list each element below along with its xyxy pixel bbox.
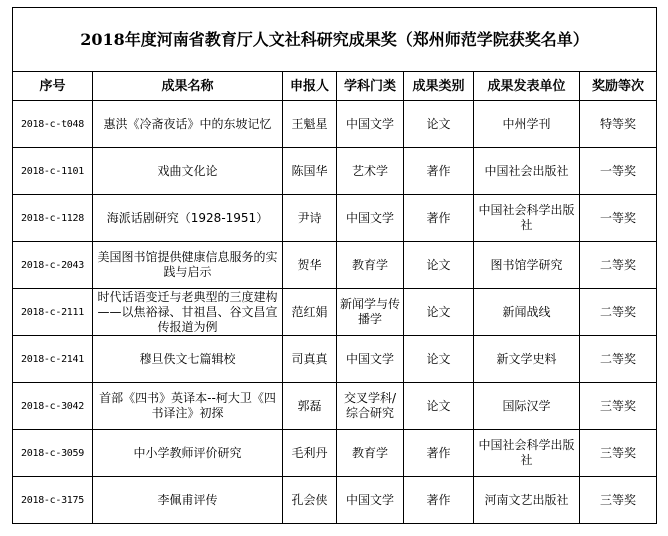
cell-publisher: 新文学史料 (474, 336, 580, 383)
cell-discipline: 教育学 (337, 430, 404, 477)
cell-id: 2018-c-2141 (13, 336, 93, 383)
table-title: 2018年度河南省教育厅人文社科研究成果奖（郑州师范学院获奖名单） (13, 8, 657, 72)
table-row: 2018-c-1128海派话剧研究（1928-1951）尹诗中国文学著作中国社会… (13, 195, 657, 242)
cell-publisher: 河南文艺出版社 (474, 477, 580, 524)
cell-discipline: 中国文学 (337, 195, 404, 242)
cell-id: 2018-c-3175 (13, 477, 93, 524)
cell-name: 美国图书馆提供健康信息服务的实践与启示 (93, 242, 283, 289)
title-row: 2018年度河南省教育厅人文社科研究成果奖（郑州师范学院获奖名单） (13, 8, 657, 72)
cell-name: 穆旦佚文七篇辑校 (93, 336, 283, 383)
cell-publisher: 中国社会科学出版社 (474, 195, 580, 242)
cell-type: 论文 (404, 242, 474, 289)
cell-award: 二等奖 (580, 289, 657, 336)
cell-id: 2018-c-1128 (13, 195, 93, 242)
column-header-award: 奖励等次 (580, 72, 657, 101)
cell-applicant: 孔会侠 (283, 477, 337, 524)
cell-applicant: 范红娟 (283, 289, 337, 336)
table-row: 2018-c-3042首部《四书》英译本--柯大卫《四书译注》初探郭磊交叉学科/… (13, 383, 657, 430)
cell-id: 2018-c-3042 (13, 383, 93, 430)
cell-award: 三等奖 (580, 383, 657, 430)
cell-type: 著作 (404, 148, 474, 195)
cell-name: 首部《四书》英译本--柯大卫《四书译注》初探 (93, 383, 283, 430)
cell-name: 时代话语变迁与老典型的三度建构 ——以焦裕禄、甘祖昌、谷文昌宣传报道为例 (93, 289, 283, 336)
table-row: 2018-c-2141穆旦佚文七篇辑校司真真中国文学论文新文学史料二等奖 (13, 336, 657, 383)
cell-id: 2018-c-2111 (13, 289, 93, 336)
cell-name: 中小学教师评价研究 (93, 430, 283, 477)
cell-type: 论文 (404, 383, 474, 430)
table-row: 2018-c-1101戏曲文化论陈国华艺术学著作中国社会出版社一等奖 (13, 148, 657, 195)
column-header-applicant: 申报人 (283, 72, 337, 101)
cell-publisher: 中国社会出版社 (474, 148, 580, 195)
table-row: 2018-c-3059中小学教师评价研究毛利丹教育学著作中国社会科学出版社三等奖 (13, 430, 657, 477)
column-header-type: 成果类别 (404, 72, 474, 101)
cell-publisher: 中国社会科学出版社 (474, 430, 580, 477)
cell-publisher: 新闻战线 (474, 289, 580, 336)
cell-type: 论文 (404, 289, 474, 336)
cell-applicant: 毛利丹 (283, 430, 337, 477)
award-list-table: 2018年度河南省教育厅人文社科研究成果奖（郑州师范学院获奖名单） 序号 成果名… (12, 7, 657, 524)
cell-applicant: 陈国华 (283, 148, 337, 195)
cell-id: 2018-c-t048 (13, 101, 93, 148)
cell-name: 戏曲文化论 (93, 148, 283, 195)
column-header-discipline: 学科门类 (337, 72, 404, 101)
cell-id: 2018-c-3059 (13, 430, 93, 477)
cell-award: 一等奖 (580, 148, 657, 195)
cell-id: 2018-c-1101 (13, 148, 93, 195)
cell-award: 特等奖 (580, 101, 657, 148)
header-row: 序号 成果名称 申报人 学科门类 成果类别 成果发表单位 奖励等次 (13, 72, 657, 101)
cell-discipline: 艺术学 (337, 148, 404, 195)
cell-publisher: 中州学刊 (474, 101, 580, 148)
cell-discipline: 中国文学 (337, 101, 404, 148)
cell-name: 李佩甫评传 (93, 477, 283, 524)
cell-applicant: 王魁星 (283, 101, 337, 148)
cell-discipline: 教育学 (337, 242, 404, 289)
cell-publisher: 国际汉学 (474, 383, 580, 430)
cell-applicant: 尹诗 (283, 195, 337, 242)
cell-name: 惠洪《冷斋夜话》中的东坡记忆 (93, 101, 283, 148)
cell-award: 三等奖 (580, 477, 657, 524)
table-row: 2018-c-t048惠洪《冷斋夜话》中的东坡记忆王魁星中国文学论文中州学刊特等… (13, 101, 657, 148)
cell-award: 二等奖 (580, 336, 657, 383)
cell-applicant: 贺华 (283, 242, 337, 289)
cell-name: 海派话剧研究（1928-1951） (93, 195, 283, 242)
column-header-publisher: 成果发表单位 (474, 72, 580, 101)
table-row: 2018-c-2111时代话语变迁与老典型的三度建构 ——以焦裕禄、甘祖昌、谷文… (13, 289, 657, 336)
cell-discipline: 交叉学科/综合研究 (337, 383, 404, 430)
cell-type: 著作 (404, 477, 474, 524)
table-row: 2018-c-2043美国图书馆提供健康信息服务的实践与启示贺华教育学论文图书馆… (13, 242, 657, 289)
cell-discipline: 中国文学 (337, 477, 404, 524)
cell-discipline: 中国文学 (337, 336, 404, 383)
cell-applicant: 司真真 (283, 336, 337, 383)
cell-id: 2018-c-2043 (13, 242, 93, 289)
column-header-index: 序号 (13, 72, 93, 101)
cell-publisher: 图书馆学研究 (474, 242, 580, 289)
cell-type: 论文 (404, 101, 474, 148)
cell-award: 三等奖 (580, 430, 657, 477)
cell-type: 论文 (404, 336, 474, 383)
cell-award: 二等奖 (580, 242, 657, 289)
column-header-name: 成果名称 (93, 72, 283, 101)
cell-type: 著作 (404, 195, 474, 242)
table-row: 2018-c-3175李佩甫评传孔会侠中国文学著作河南文艺出版社三等奖 (13, 477, 657, 524)
cell-discipline: 新闻学与传播学 (337, 289, 404, 336)
cell-type: 著作 (404, 430, 474, 477)
cell-award: 一等奖 (580, 195, 657, 242)
cell-applicant: 郭磊 (283, 383, 337, 430)
